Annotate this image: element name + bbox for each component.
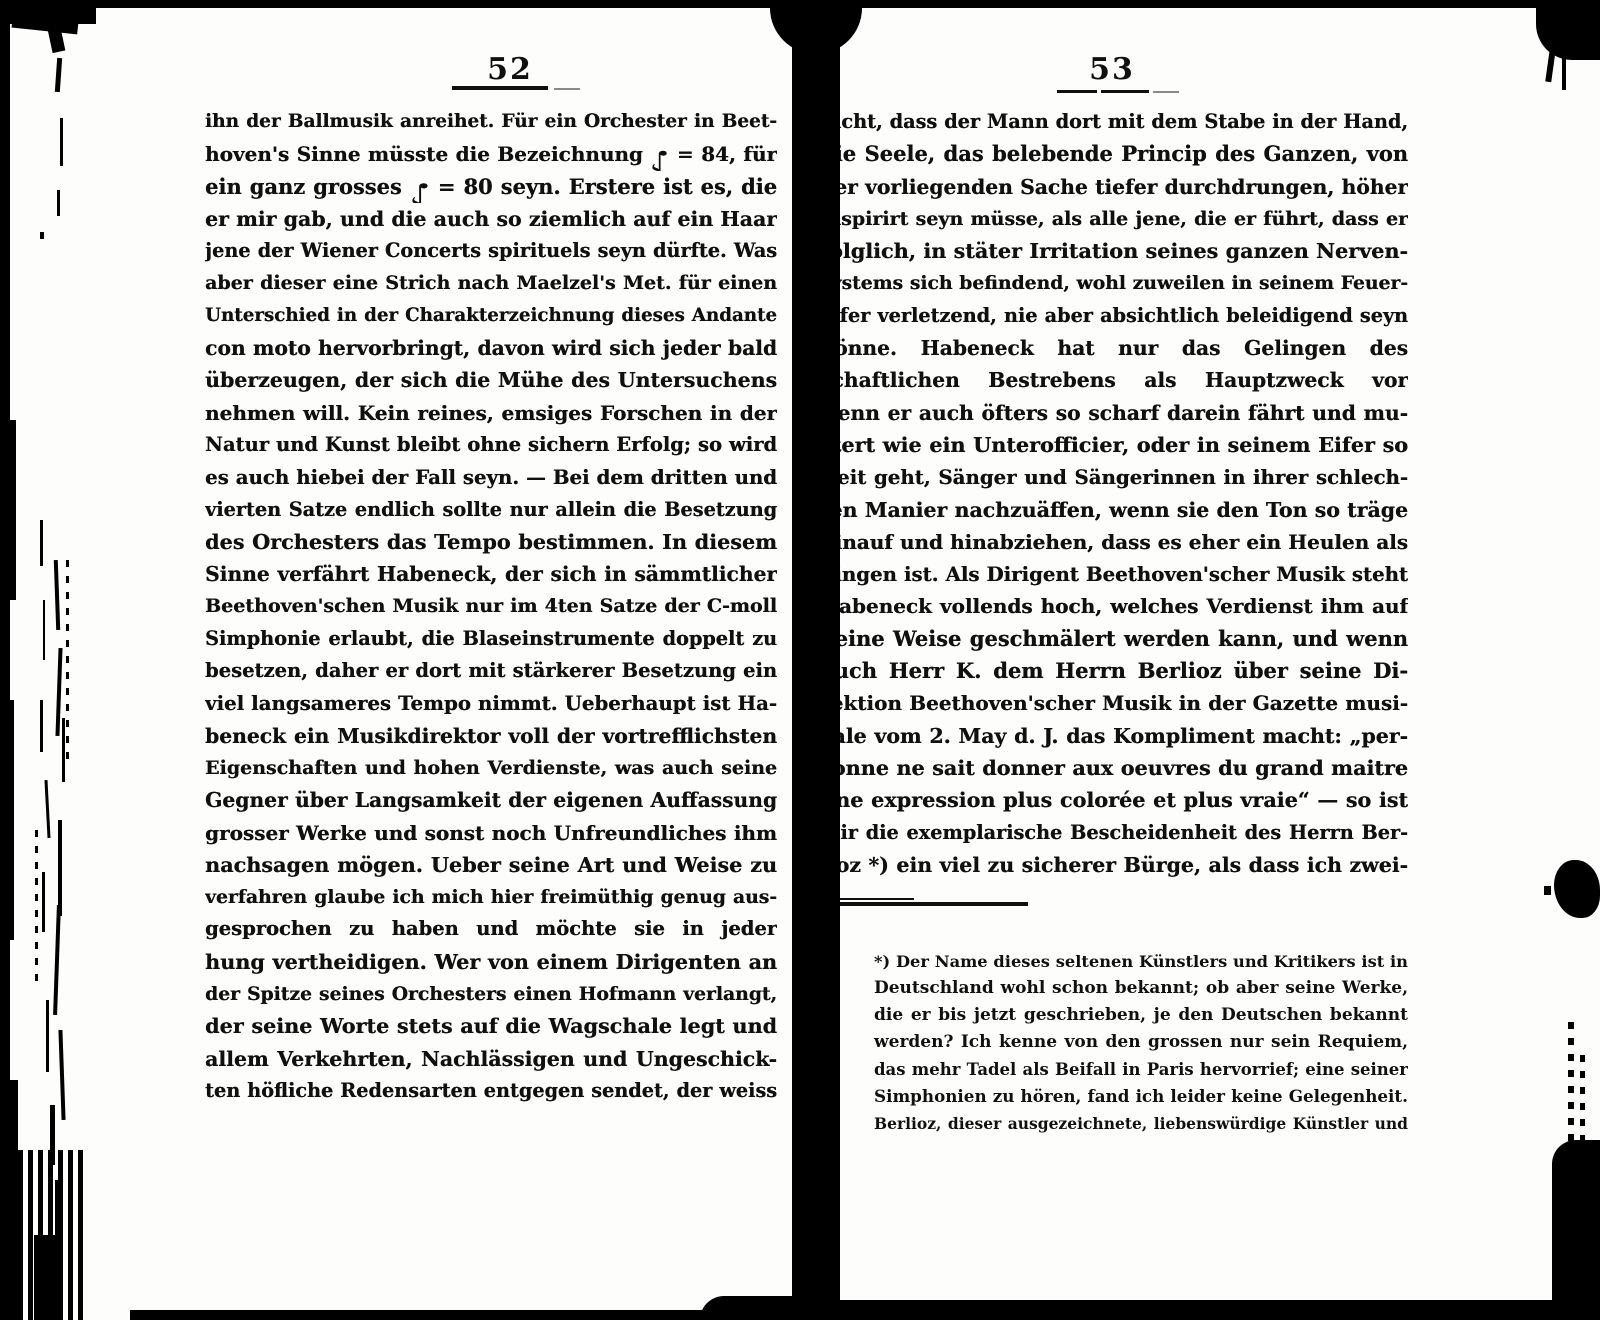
text-line: sonne ne sait donner aux oeuvres du gran… <box>820 752 1408 784</box>
scan-speckle-column <box>35 830 38 990</box>
scan-edge-left-bump <box>0 700 14 940</box>
text-line: allem Verkehrten, Nachlässigen und Unges… <box>205 1043 777 1075</box>
text-line: Unterschied in der Charakterzeichnung di… <box>205 300 777 332</box>
text-line: Singen ist. Als Dirigent Beethoven'scher… <box>820 558 1408 590</box>
text-line: rektion Beethoven'scher Musik in der Gaz… <box>820 687 1408 719</box>
text-line: keine Weise geschmälert werden kann, und… <box>820 623 1408 655</box>
page-number-52: 52 <box>450 52 570 87</box>
page-number-underline-dash <box>1153 91 1179 93</box>
text-line: gesprochen zu haben und möchte sie in je… <box>205 913 777 945</box>
text-line: vierten Satze endlich sollte nur allein … <box>205 494 777 526</box>
text-line: viel langsameres Tempo nimmt. Ueberhaupt… <box>205 687 777 719</box>
text-line: ten höfliche Redensarten entgegen sendet… <box>205 1075 777 1107</box>
page-53-text-column: nicht, dass der Mann dort mit dem Stabe … <box>820 106 1408 881</box>
footnote-line: Deutschland wohl schon bekannt; ob aber … <box>848 975 1408 1002</box>
text-line: wenn er auch öfters so scharf darein fäh… <box>820 397 1408 429</box>
text-line: verfahren glaube ich mich hier freimüthi… <box>205 881 777 913</box>
text-line: lioz *) ein viel zu sicherer Bürge, als … <box>820 849 1408 881</box>
footnote-line: Berlioz, dieser ausgezeichnete, liebensw… <box>848 1110 1408 1137</box>
footnote-line: werden? Ich kenne von den grossen nur se… <box>848 1029 1408 1056</box>
text-line: nicht, dass der Mann dort mit dem Stabe … <box>820 106 1408 138</box>
text-line: hung vertheidigen. Wer von einem Dirigen… <box>205 946 777 978</box>
page-number-underline-dash <box>554 88 580 90</box>
text-line: nachsagen mögen. Ueber seine Art und Wei… <box>205 849 777 881</box>
text-line: Simphonie erlaubt, die Blaseinstrumente … <box>205 623 777 655</box>
footnote-separator <box>820 902 1028 906</box>
scan-streak <box>42 872 45 932</box>
text-line: stert wie ein Unterofficier, oder in sei… <box>820 429 1408 461</box>
footnote-line: das mehr Tadel als Beifall in Paris herv… <box>848 1056 1408 1083</box>
text-line: ein ganz grosses ♪ = 80 seyn. Erstere is… <box>205 171 777 203</box>
text-line: Eigenschaften und hohen Verdienste, was … <box>205 752 777 784</box>
text-line: eifer verletzend, nie aber absichtlich b… <box>820 300 1408 332</box>
scan-blotch-bottom-right <box>1552 1140 1600 1320</box>
text-line: mir die exemplarische Bescheidenheit des… <box>820 817 1408 849</box>
text-line: beneck ein Musikdirektor voll der vortre… <box>205 720 777 752</box>
text-line: schaftlichen Bestrebens als Hauptzweck v… <box>820 364 1408 396</box>
text-line: folglich, in stäter Irritation seines ga… <box>820 235 1408 267</box>
scan-streak <box>53 905 61 1015</box>
text-line: con moto hervorbringt, davon wird sich j… <box>205 332 777 364</box>
scan-streak <box>54 560 60 630</box>
scan-streak <box>40 520 43 566</box>
scan-gutter <box>792 0 840 1320</box>
footnote-line: Simphonien zu hören, fand ich leider kei… <box>848 1083 1408 1110</box>
scan-edge-left-bump <box>0 420 16 600</box>
text-line: aber dieser eine Strich nach Maelzel's M… <box>205 267 777 299</box>
scan-streak <box>40 700 43 752</box>
text-line: nehmen will. Kein reines, emsiges Forsch… <box>205 397 777 429</box>
scan-gutter-top-wedge <box>770 0 862 54</box>
eighth-note-icon: ♪ <box>650 145 669 170</box>
text-line: hinauf und hinabziehen, dass es eher ein… <box>820 526 1408 558</box>
scan-edge-bottom <box>792 1300 1600 1320</box>
text-line: Sinne verfährt Habeneck, der sich in säm… <box>205 558 777 590</box>
scan-blotch-top-right <box>1536 0 1600 60</box>
page-number-underline <box>1057 90 1097 93</box>
scan-streak <box>44 780 50 838</box>
scan-speck <box>40 232 44 239</box>
scan-speckle-column <box>66 560 69 760</box>
text-line: systems sich befindend, wohl zuweilen in… <box>820 267 1408 299</box>
text-line: grosser Werke und sonst noch Unfreundlic… <box>205 817 777 849</box>
scan-streak <box>58 820 62 916</box>
scan-streak <box>60 118 63 166</box>
text-line: jene der Wiener Concerts spirituels seyn… <box>205 235 777 267</box>
page-number-underline <box>1101 90 1149 93</box>
scan-streak <box>62 718 65 782</box>
text-line: hoven's Sinne müsste die Bezeichnung ♪ =… <box>205 138 777 170</box>
text-line: besetzen, daher er dort mit stärkerer Be… <box>205 655 777 687</box>
text-line: auch Herr K. dem Herrn Berlioz über sein… <box>820 655 1408 687</box>
text-line: er mir gab, und die auch so ziemlich auf… <box>205 203 777 235</box>
text-line: Natur und Kunst bleibt ohne sichern Erfo… <box>205 429 777 461</box>
text-line: inspirirt seyn müsse, als alle jene, die… <box>820 203 1408 235</box>
scan-streak <box>1562 56 1566 90</box>
page-number-53: 53 <box>1050 52 1174 87</box>
text-line: weit geht, Sänger und Sängerinnen in ihr… <box>820 461 1408 493</box>
text-line: überzeugen, der sich die Mühe des Unters… <box>205 364 777 396</box>
text-line: der seine Worte stets auf die Wagschale … <box>205 1010 777 1042</box>
scan-streak <box>57 190 60 216</box>
page-number-underline <box>452 86 548 90</box>
eighth-note-icon: ♪ <box>410 177 430 203</box>
page-53-footnote: *) Der Name dieses seltenen Künstlers un… <box>848 948 1408 1137</box>
scan-streak <box>43 600 45 660</box>
text-line: die Seele, das belebende Princip des Gan… <box>820 138 1408 170</box>
text-line: Habeneck vollends hoch, welches Verdiens… <box>820 590 1408 622</box>
scan-blotch-right <box>1554 860 1600 918</box>
text-line: cale vom 2. May d. J. das Kompliment mac… <box>820 720 1408 752</box>
scan-blotch-bottom-left <box>55 1180 63 1320</box>
page-52-text-column: ihn der Ballmusik anreihet. Für ein Orch… <box>205 106 777 1107</box>
footnote-line: die er bis jetzt geschrieben, je den Deu… <box>848 1002 1408 1029</box>
text-line: es auch hiebei der Fall seyn. — Bei dem … <box>205 461 777 493</box>
text-line: une expression plus colorée et plus vrai… <box>820 784 1408 816</box>
scan-speckle-column <box>1568 1022 1574 1152</box>
scan-streak <box>55 58 62 92</box>
text-line: Beethoven'schen Musik nur im 4ten Satze … <box>205 590 777 622</box>
scan-streak <box>58 1030 65 1120</box>
text-line: Gegner über Langsamkeit der eigenen Auff… <box>205 784 777 816</box>
text-line: ihn der Ballmusik anreihet. Für ein Orch… <box>205 106 777 138</box>
text-line: ten Manier nachzuäffen, wenn sie den Ton… <box>820 494 1408 526</box>
scan-edge-bottom-curve <box>700 1296 795 1320</box>
footnote-line: *) Der Name dieses seltenen Künstlers un… <box>848 948 1408 975</box>
text-line: könne. Habeneck hat nur das Gelingen des… <box>820 332 1408 364</box>
scan-streak <box>46 1000 49 1072</box>
text-line: des Orchesters das Tempo bestimmen. In d… <box>205 526 777 558</box>
text-line: der Spitze seines Orchesters einen Hofma… <box>205 978 777 1010</box>
book-scan-spread: { "colors": { "paper": "#fdfdfc", "ink":… <box>0 0 1600 1320</box>
text-line: der vorliegenden Sache tiefer durchdrung… <box>820 171 1408 203</box>
scan-edge-left-bump <box>0 1080 18 1320</box>
scan-speck <box>1544 886 1551 895</box>
